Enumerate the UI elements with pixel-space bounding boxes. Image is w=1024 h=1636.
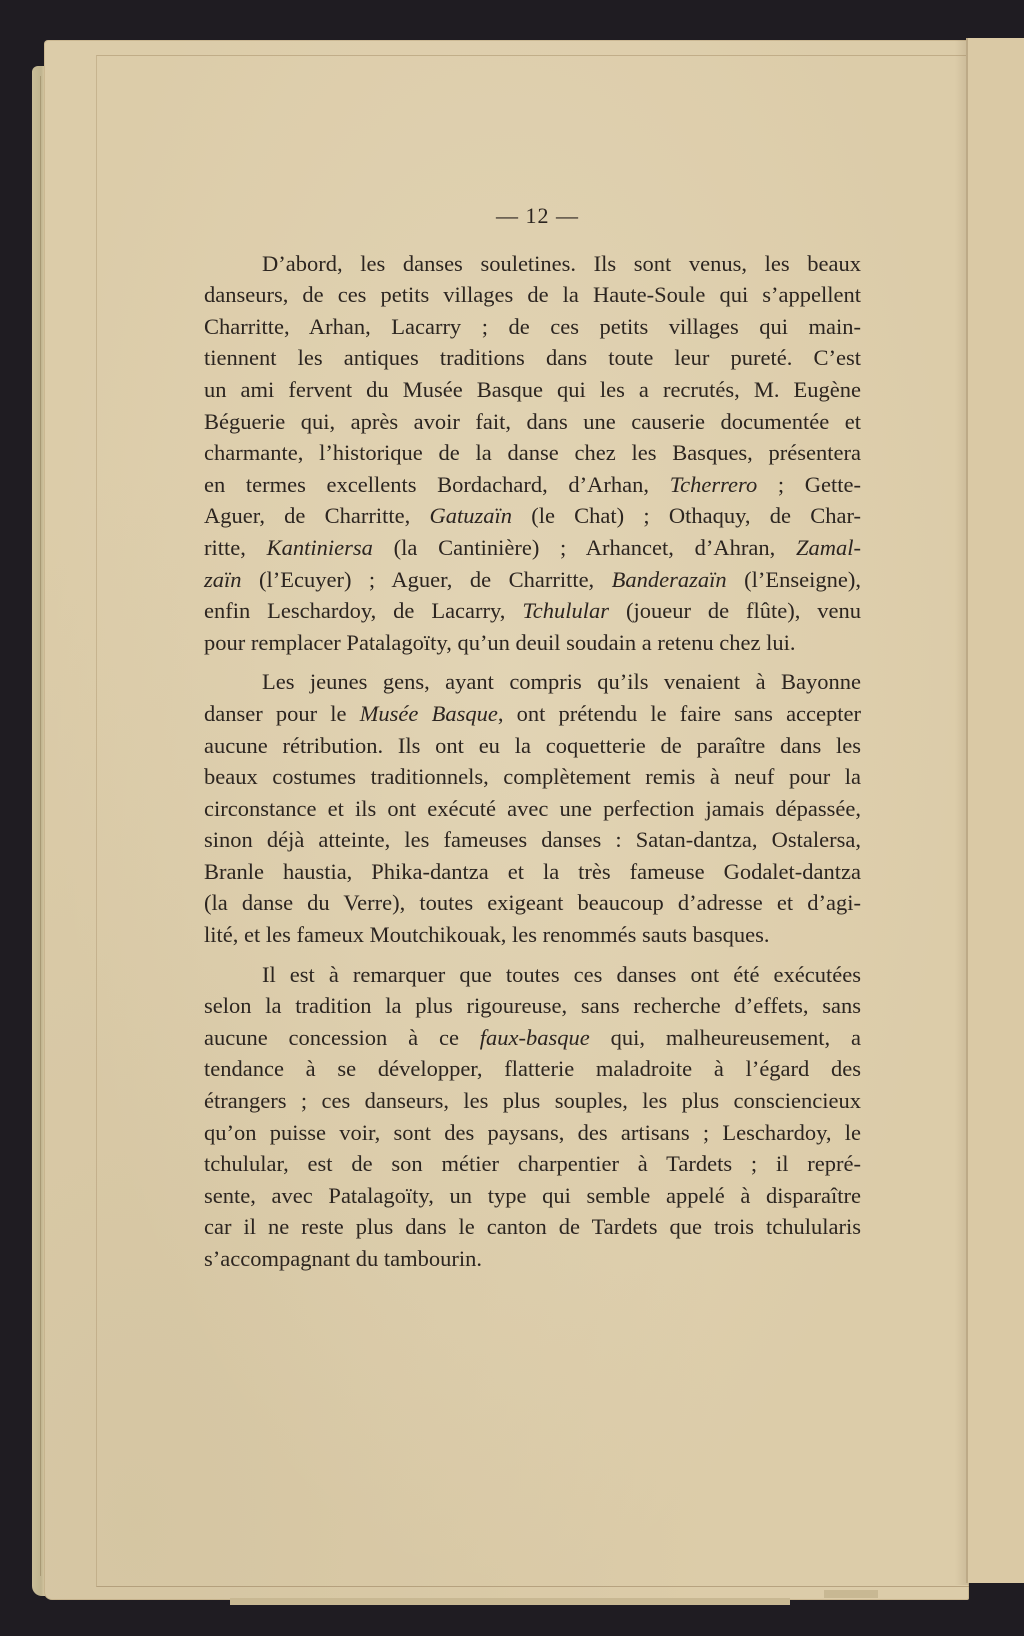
text-line: zaïn (l’Ecuyer) ; Aguer, de Charritte, B… <box>204 564 861 596</box>
italic-term: zaïn <box>204 567 242 592</box>
text-run: Aguer, de Charritte, <box>204 503 429 528</box>
italic-term: Zamal- <box>796 535 861 560</box>
text-run: tiennent les antiques traditions dans to… <box>204 345 861 370</box>
text-run: ; Gette- <box>757 472 861 497</box>
text-line: beaux costumes traditionnels, complèteme… <box>204 761 861 793</box>
paragraph: D’abord, les danses souletines. Ils sont… <box>204 248 861 659</box>
text-run: (la danse du Verre), toutes exigeant bea… <box>204 890 861 915</box>
bottom-page-strip-right <box>824 1590 878 1598</box>
text-line: sente, avec Patalagoïty, un type qui sem… <box>204 1180 861 1212</box>
text-run: Béguerie qui, après avoir fait, dans une… <box>204 409 861 434</box>
text-line: Il est à remarquer que toutes ces danses… <box>204 959 861 991</box>
text-run: un ami fervent du Musée Basque qui les a… <box>204 377 861 402</box>
italic-term: Kantiniersa <box>267 535 373 560</box>
italic-term: Tcherrero <box>670 472 758 497</box>
text-run: car il ne reste plus dans le canton de T… <box>204 1214 861 1239</box>
text-line: D’abord, les danses souletines. Ils sont… <box>204 248 861 280</box>
text-line: Aguer, de Charritte, Gatuzaïn (le Chat) … <box>204 500 861 532</box>
text-run: (joueur de flûte), venu <box>609 598 861 623</box>
text-line: aucune rétribution. Ils ont eu la coquet… <box>204 730 861 762</box>
text-run: lité, et les fameux Moutchikouak, les re… <box>204 922 770 947</box>
italic-term: Musée Basque <box>360 701 498 726</box>
text-run: qui, malheureusement, a <box>590 1025 861 1050</box>
text-run: tendance à se développer, flatterie mala… <box>204 1056 861 1081</box>
text-line: circonstance et ils ont exécuté avec une… <box>204 793 861 825</box>
text-run: étrangers ; ces danseurs, les plus soupl… <box>204 1088 861 1113</box>
text-line: étrangers ; ces danseurs, les plus soupl… <box>204 1085 861 1117</box>
text-run: selon la tradition la plus rigoureuse, s… <box>204 993 861 1018</box>
text-run: (le Chat) ; Othaquy, de Char- <box>512 503 861 528</box>
bottom-page-strip <box>230 1598 790 1605</box>
text-line: Charritte, Arhan, Lacarry ; de ces petit… <box>204 311 861 343</box>
text-line: ritte, Kantiniersa (la Cantinière) ; Arh… <box>204 532 861 564</box>
text-run: (l’Enseigne), <box>727 567 861 592</box>
text-run: enfin Leschardoy, de Lacarry, <box>204 598 522 623</box>
text-run: (la Cantinière) ; Arhancet, d’Ahran, <box>373 535 796 560</box>
text-line: qu’on puisse voir, sont des paysans, des… <box>204 1117 861 1149</box>
paragraphs-container: D’abord, les danses souletines. Ils sont… <box>204 248 861 1275</box>
text-line: tendance à se développer, flatterie mala… <box>204 1053 861 1085</box>
text-run: circonstance et ils ont exécuté avec une… <box>204 796 861 821</box>
text-run: Il est à remarquer que toutes ces danses… <box>262 962 861 987</box>
text-run: Branle haustia, Phika-dantza et la très … <box>204 859 861 884</box>
text-line: en termes excellents Bordachard, d’Arhan… <box>204 469 861 501</box>
text-line: (la danse du Verre), toutes exigeant bea… <box>204 887 861 919</box>
text-line: danseurs, de ces petits villages de la H… <box>204 279 861 311</box>
text-run: aucune rétribution. Ils ont eu la coquet… <box>204 733 861 758</box>
text-run: danseurs, de ces petits villages de la H… <box>204 282 861 307</box>
text-run: qu’on puisse voir, sont des paysans, des… <box>204 1120 861 1145</box>
page-number: — 12 — <box>204 200 861 232</box>
text-run: tchulular, est de son métier charpentier… <box>204 1151 861 1176</box>
text-line: lité, et les fameux Moutchikouak, les re… <box>204 919 861 951</box>
text-line: tchulular, est de son métier charpentier… <box>204 1148 861 1180</box>
paragraph: Il est à remarquer que toutes ces danses… <box>204 959 861 1275</box>
text-line: enfin Leschardoy, de Lacarry, Tchulular … <box>204 595 861 627</box>
italic-term: Banderazaïn <box>612 567 727 592</box>
text-run: charmante, l’historique de la danse chez… <box>204 440 861 465</box>
page-edge-line <box>40 76 41 1576</box>
text-line: pour remplacer Patalagoïty, qu’un deuil … <box>204 627 861 659</box>
facing-page-sliver <box>966 38 1024 1583</box>
text-run: en termes excellents Bordachard, d’Arhan… <box>204 472 670 497</box>
text-line: s’accompagnant du tambourin. <box>204 1243 861 1275</box>
text-run: sente, avec Patalagoïty, un type qui sem… <box>204 1183 861 1208</box>
text-line: Béguerie qui, après avoir fait, dans une… <box>204 406 861 438</box>
paragraph: Les jeunes gens, ayant compris qu’ils ve… <box>204 666 861 950</box>
text-line: charmante, l’historique de la danse chez… <box>204 437 861 469</box>
text-run: Charritte, Arhan, Lacarry ; de ces petit… <box>204 314 861 339</box>
text-run: s’accompagnant du tambourin. <box>204 1246 482 1271</box>
text-line: Les jeunes gens, ayant compris qu’ils ve… <box>204 666 861 698</box>
text-line: Branle haustia, Phika-dantza et la très … <box>204 856 861 888</box>
text-line: sinon déjà atteinte, les fameuses danses… <box>204 824 861 856</box>
text-run: aucune concession à ce <box>204 1025 480 1050</box>
text-line: car il ne reste plus dans le canton de T… <box>204 1211 861 1243</box>
text-run: D’abord, les danses souletines. Ils sont… <box>262 251 861 276</box>
text-line: aucune concession à ce faux-basque qui, … <box>204 1022 861 1054</box>
text-run: , ont prétendu le faire sans accepter <box>498 701 861 726</box>
text-line: selon la tradition la plus rigoureuse, s… <box>204 990 861 1022</box>
italic-term: Tchulular <box>522 598 609 623</box>
text-run: Les jeunes gens, ayant compris qu’ils ve… <box>262 669 861 694</box>
italic-term: faux-basque <box>480 1025 590 1050</box>
text-run: pour remplacer Patalagoïty, qu’un deuil … <box>204 630 795 655</box>
text-run: ritte, <box>204 535 267 560</box>
text-line: danser pour le Musée Basque, ont prétend… <box>204 698 861 730</box>
scanned-book-page: — 12 — D’abord, les danses souletines. I… <box>0 0 1024 1636</box>
text-line: tiennent les antiques traditions dans to… <box>204 342 861 374</box>
text-run: beaux costumes traditionnels, complèteme… <box>204 764 861 789</box>
italic-term: Gatuzaïn <box>429 503 512 528</box>
text-body: — 12 — D’abord, les danses souletines. I… <box>204 200 861 1275</box>
text-run: danser pour le <box>204 701 360 726</box>
text-run: (l’Ecuyer) ; Aguer, de Charritte, <box>242 567 612 592</box>
text-line: un ami fervent du Musée Basque qui les a… <box>204 374 861 406</box>
text-run: sinon déjà atteinte, les fameuses danses… <box>204 827 861 852</box>
